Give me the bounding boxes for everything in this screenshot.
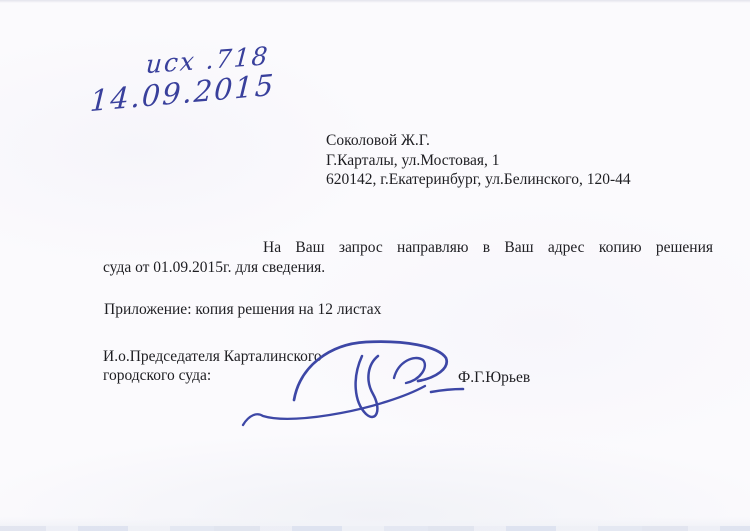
scanned-letter-page: исх .718 14.09.2015 Соколовой Ж.Г. Г.Кар… bbox=[0, 0, 750, 531]
letter-body-line-1: На Ваш запрос направляю в Ваш адрес копи… bbox=[263, 239, 713, 257]
letter-body-line-2: суда от 01.09.2015г. для сведения. bbox=[103, 259, 325, 277]
recipient-address-block: Соколовой Ж.Г. Г.Карталы, ул.Мостовая, 1… bbox=[326, 131, 631, 190]
recipient-name: Соколовой Ж.Г. bbox=[326, 131, 631, 151]
scan-edge-top bbox=[0, 0, 750, 3]
scan-edge-bottom bbox=[0, 526, 750, 531]
attachment-line: Приложение: копия решения на 12 листах bbox=[104, 301, 381, 319]
recipient-city-line: 620142, г.Екатеринбург, ул.Белинского, 1… bbox=[326, 170, 631, 190]
signature-flourish-icon bbox=[235, 334, 475, 434]
recipient-street: Г.Карталы, ул.Мостовая, 1 bbox=[326, 151, 631, 171]
handwritten-date-stamp: 14.09.2015 bbox=[89, 68, 276, 119]
scan-edge-bottom-fade bbox=[0, 517, 750, 526]
signer-name: Ф.Г.Юрьев bbox=[458, 369, 530, 387]
